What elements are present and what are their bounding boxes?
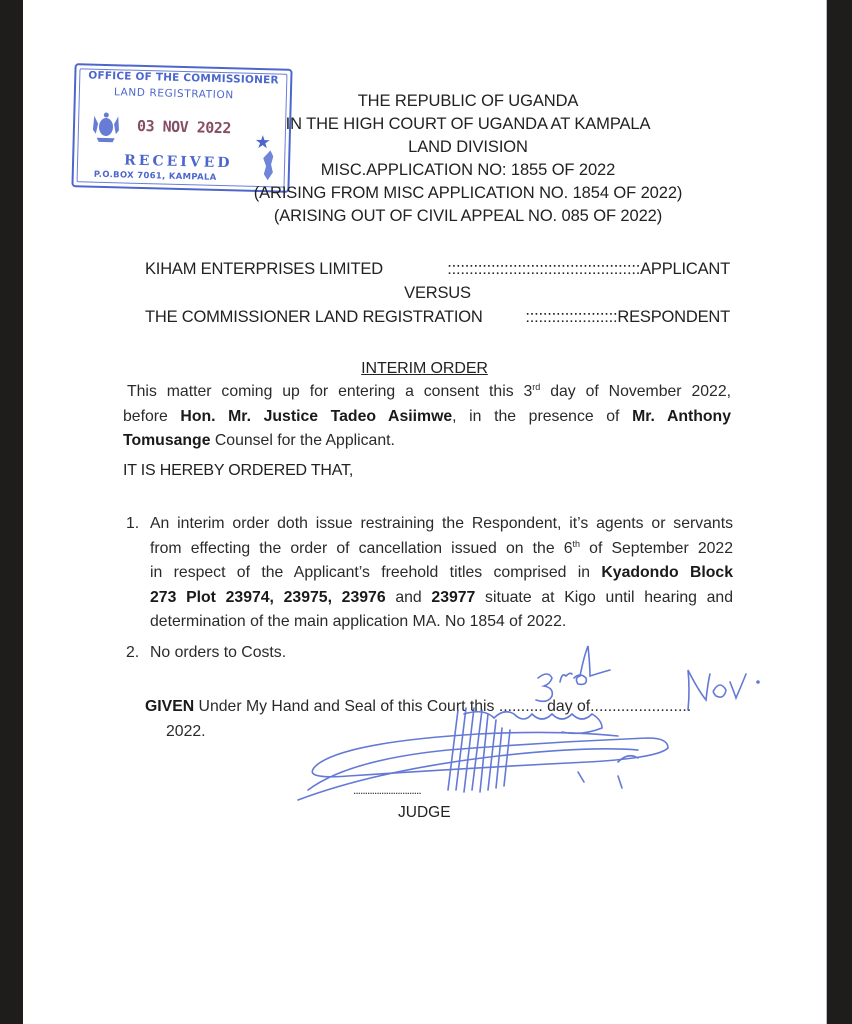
item-number: 1. (126, 512, 139, 537)
division-title: LAND DIVISION (233, 136, 703, 159)
given-year: 2022. (166, 720, 206, 745)
intro-line-3: Tomusange Counsel for the Applicant. (123, 429, 731, 454)
item-2-text: No orders to Costs. (150, 641, 733, 666)
applicant-role: APPLICANT (640, 257, 730, 281)
arising-out-of-line: (ARISING OUT OF CIVIL APPEAL NO. 085 OF … (233, 205, 703, 228)
judge-label: JUDGE (398, 804, 451, 822)
counsel-name-last: Tomusange (123, 432, 210, 449)
misc-application-number: MISC.APPLICATION NO: 1855 OF 2022 (233, 159, 703, 182)
item-1-line-3: in respect of the Applicant’s freehold t… (150, 561, 733, 586)
signature-line: ............................. (353, 783, 421, 797)
order-title: INTERIM ORDER (23, 357, 826, 380)
judge-signature (268, 640, 788, 820)
order-item-2: 2. No orders to Costs. (123, 641, 733, 666)
order-item-1: 1. An interim order doth issue restraini… (123, 512, 733, 635)
order-intro: This matter coming up for entering a con… (123, 380, 731, 454)
applicant-name: KIHAM ENTERPRISES LIMITED (145, 257, 383, 281)
document-page: OFFICE OF THE COMMISSIONER LAND REGISTRA… (23, 0, 827, 1024)
coat-of-arms-icon (91, 110, 122, 145)
given-line: GIVEN Under My Hand and Seal of this Cou… (145, 695, 745, 720)
intro-line-2: before Hon. Mr. Justice Tadeo Asiimwe, i… (123, 405, 731, 430)
arising-from-line: (ARISING FROM MISC APPLICATION NO. 1854 … (233, 182, 703, 205)
item-number: 2. (126, 641, 139, 666)
judge-name: Hon. Mr. Justice Tadeo Asiimwe (180, 408, 452, 425)
item-1-line-4: 273 Plot 23974, 23975, 23976 and 23977 s… (150, 586, 733, 611)
respondent-dots: ::::::::::::::::::::: (483, 305, 618, 329)
stamp-date: 03 NOV 2022 (137, 117, 231, 137)
intro-line-1: This matter coming up for entering a con… (123, 380, 731, 405)
item-1-line-2: from effecting the order of cancellation… (150, 537, 733, 562)
parties-block: KIHAM ENTERPRISES LIMITED ::::::::::::::… (145, 257, 730, 329)
versus-label: VERSUS (145, 281, 730, 305)
stamp-received: RECEIVED (124, 152, 233, 171)
ordered-heading: IT IS HEREBY ORDERED THAT, (123, 462, 353, 480)
counsel-name-first: Mr. Anthony (632, 408, 731, 425)
item-1-line-5: determination of the main application MA… (150, 610, 733, 635)
applicant-line: KIHAM ENTERPRISES LIMITED ::::::::::::::… (145, 257, 730, 281)
item-1-line-1: An interim order doth issue restraining … (150, 512, 733, 537)
republic-title: THE REPUBLIC OF UGANDA (233, 90, 703, 113)
respondent-role: RESPONDENT (617, 305, 730, 329)
court-title: IN THE HIGH COURT OF UGANDA AT KAMPALA (233, 113, 703, 136)
respondent-line: THE COMMISSIONER LAND REGISTRATION :::::… (145, 305, 730, 329)
applicant-dots: ::::::::::::::::::::::::::::::::::::::::… (389, 257, 640, 281)
respondent-name: THE COMMISSIONER LAND REGISTRATION (145, 305, 483, 329)
document-header: THE REPUBLIC OF UGANDA IN THE HIGH COURT… (233, 90, 703, 228)
